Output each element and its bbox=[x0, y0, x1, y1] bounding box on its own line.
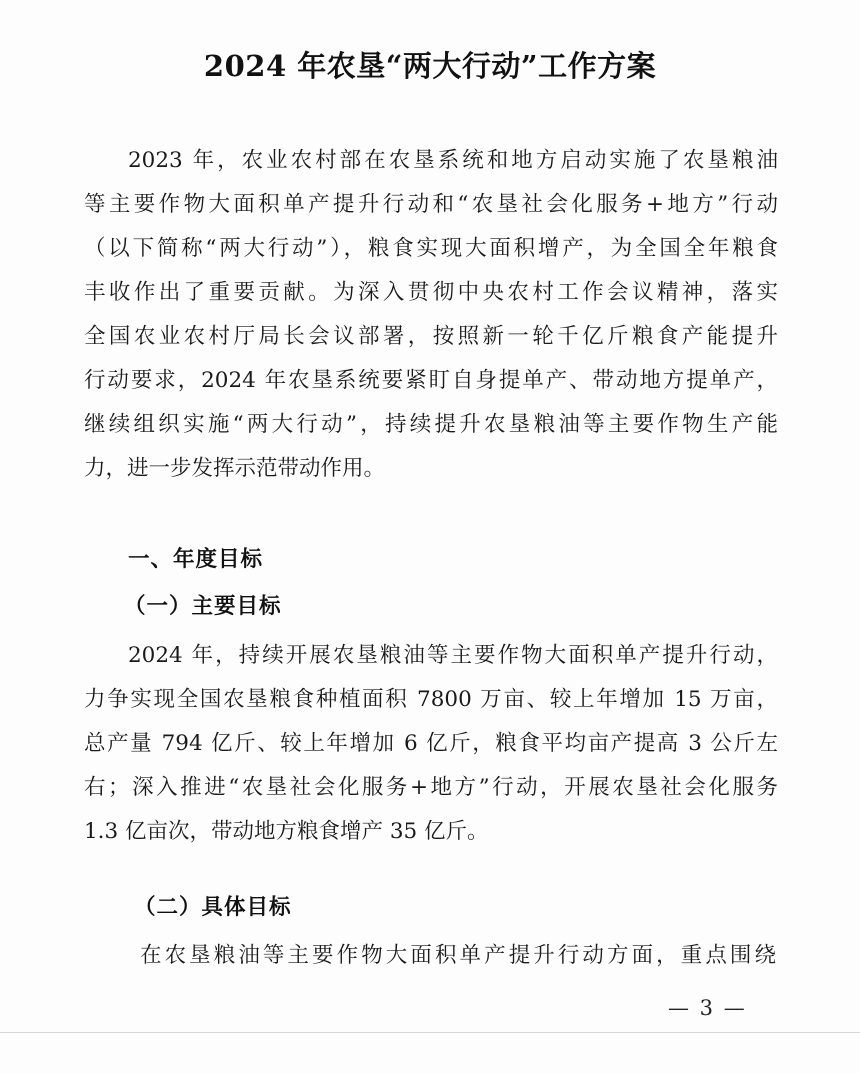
paragraph-line: 2024 年，持续开展农垦粮油等主要作物大面积单产提升行动， bbox=[128, 641, 778, 671]
section-heading: 一、年度目标 bbox=[128, 545, 263, 575]
paragraph-line: 右；深入推进“农垦社会化服务+地方”行动，开展农垦社会化服务 bbox=[84, 773, 778, 803]
paragraph-line: （以下简称“两大行动”），粮食实现大面积增产，为全国全年粮食 bbox=[84, 234, 778, 264]
document-page: 2024 年农垦“两大行动”工作方案 2023 年，农业农村部在农垦系统和地方启… bbox=[0, 0, 860, 1073]
document-title: 2024 年农垦“两大行动”工作方案 bbox=[0, 44, 860, 85]
paragraph-line: 等主要作物大面积单产提升行动和“农垦社会化服务+地方”行动 bbox=[84, 190, 778, 220]
paragraph-line: 总产量 794 亿斤、较上年增加 6 亿斤，粮食平均亩产提高 3 公斤左 bbox=[84, 729, 778, 759]
paragraph-line: 丰收作出了重要贡献。为深入贯彻中央农村工作会议精神，落实 bbox=[84, 278, 778, 308]
paragraph-line: 1.3 亿亩次，带动地方粮食增产 35 亿斤。 bbox=[84, 817, 778, 847]
paragraph-line: 继续组织实施“两大行动”，持续提升农垦粮油等主要作物生产能 bbox=[84, 410, 778, 440]
page-number: — 3 — bbox=[668, 994, 747, 1022]
subsection-heading: （二）具体目标 bbox=[134, 893, 292, 923]
paragraph-line: 力，进一步发挥示范带动作用。 bbox=[84, 454, 778, 484]
subsection-heading: （一）主要目标 bbox=[124, 592, 282, 622]
paragraph-line: 行动要求，2024 年农垦系统要紧盯自身提单产、带动地方提单产， bbox=[84, 366, 778, 396]
paragraph-line: 在农垦粮油等主要作物大面积单产提升行动方面，重点围绕 bbox=[140, 941, 776, 971]
page-edge-divider bbox=[0, 1032, 860, 1033]
paragraph-line: 全国农业农村厅局长会议部署，按照新一轮千亿斤粮食产能提升 bbox=[84, 322, 778, 352]
paragraph-line: 力争实现全国农垦粮食种植面积 7800 万亩、较上年增加 15 万亩， bbox=[84, 685, 778, 715]
paragraph-line: 2023 年，农业农村部在农垦系统和地方启动实施了农垦粮油 bbox=[128, 146, 778, 176]
